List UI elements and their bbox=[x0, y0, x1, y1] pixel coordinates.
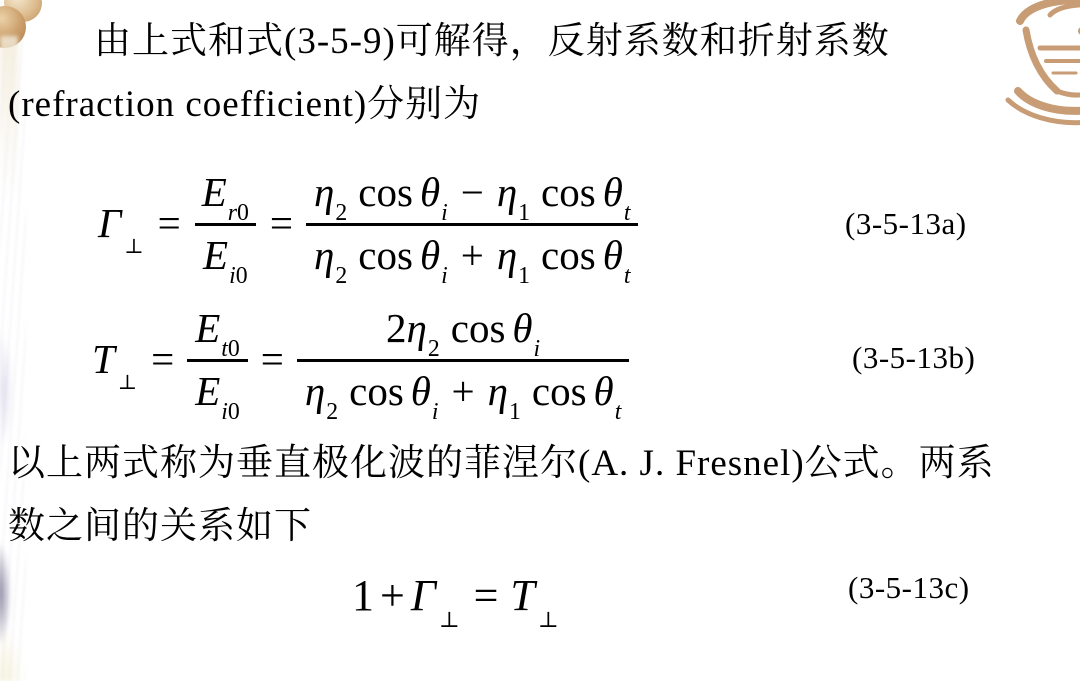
equation-3-5-13c: 1+Γ⊥=T⊥ bbox=[352, 570, 561, 621]
paragraph-fresnel-line2: 数之间的关系如下 bbox=[8, 495, 995, 558]
equals-sign: = bbox=[151, 337, 174, 383]
equation-3-5-13b: T⊥ = Et0 Ei0 = 2η2cosθi η2cosθi+η1cosθt bbox=[92, 306, 629, 415]
impedance-fraction: 2η2cosθi η2cosθi+η1cosθt bbox=[297, 306, 629, 415]
coffee-cup-icon bbox=[1000, 0, 1080, 136]
impedance-fraction: η2cosθi−η1cosθt η2cosθi+η1cosθt bbox=[306, 170, 638, 279]
field-ratio-fraction: Er0 Ei0 bbox=[194, 170, 257, 279]
T-perp-symbol: T⊥ bbox=[92, 337, 138, 383]
gamma-perp-symbol: Γ⊥ bbox=[98, 201, 145, 247]
paragraph-intro: 由上式和式(3-5-9)可解得，反射系数和折射系数 (refraction co… bbox=[8, 10, 890, 136]
bottom-left-tint-decoration bbox=[0, 628, 24, 681]
equation-label-a: (3-5-13a) bbox=[845, 206, 967, 242]
equals-sign: = bbox=[158, 201, 181, 247]
paragraph-intro-line2: (refraction coefficient)分别为 bbox=[8, 73, 890, 136]
paragraph-fresnel: 以上两式称为垂直极化波的菲涅尔(A. J. Fresnel)公式。两系 数之间的… bbox=[8, 432, 995, 558]
paragraph-fresnel-line1: 以上两式称为垂直极化波的菲涅尔(A. J. Fresnel)公式。两系 bbox=[8, 432, 995, 495]
equation-label-c: (3-5-13c) bbox=[848, 570, 970, 606]
slide: 由上式和式(3-5-9)可解得，反射系数和折射系数 (refraction co… bbox=[0, 0, 1080, 681]
field-ratio-fraction: Et0 Ei0 bbox=[187, 306, 248, 415]
paragraph-intro-line1: 由上式和式(3-5-9)可解得，反射系数和折射系数 bbox=[8, 10, 890, 73]
equals-sign: = bbox=[261, 337, 284, 383]
equals-sign: = bbox=[270, 201, 293, 247]
equation-label-b: (3-5-13b) bbox=[852, 340, 975, 376]
equation-3-5-13a: Γ⊥ = Er0 Ei0 = η2cosθi−η1cosθt η2cosθi+η… bbox=[98, 170, 638, 279]
